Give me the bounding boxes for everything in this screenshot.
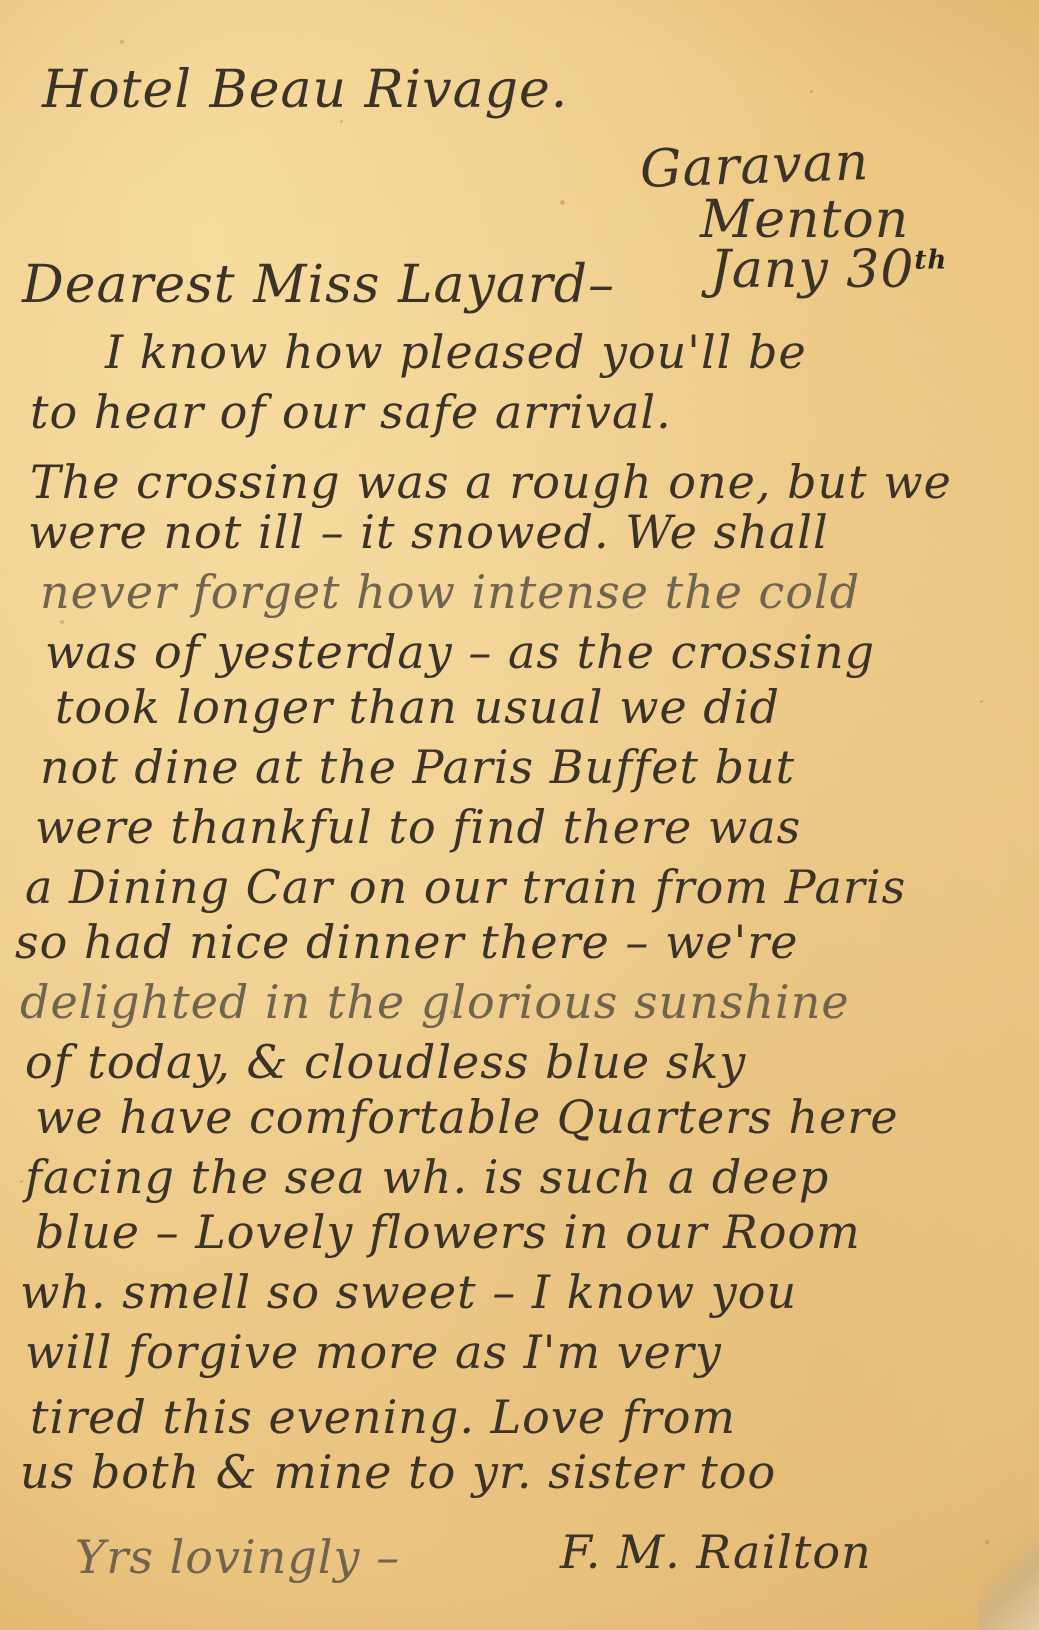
body-line: tired this evening. Love from bbox=[30, 1390, 736, 1444]
paper-speck bbox=[120, 40, 124, 44]
corner-crease bbox=[979, 1510, 1039, 1630]
salutation: Dearest Miss Layard– bbox=[22, 255, 615, 315]
hotel-name: Hotel Beau Rivage. bbox=[42, 60, 568, 120]
body-line: not dine at the Paris Buffet but bbox=[40, 740, 795, 794]
postcard: Hotel Beau Rivage. Garavan Menton Deares… bbox=[0, 0, 1039, 1630]
paper-speck bbox=[980, 700, 983, 703]
body-line: us both & mine to yr. sister too bbox=[20, 1445, 776, 1499]
body-line: were thankful to find there was bbox=[35, 800, 801, 854]
letter-date: Jany 30th bbox=[710, 240, 947, 300]
body-line: The crossing was a rough one, but we bbox=[30, 455, 952, 509]
body-line: never forget how intense the cold bbox=[40, 565, 860, 619]
paper-speck bbox=[60, 620, 64, 624]
body-line: will forgive more as I'm very bbox=[25, 1325, 722, 1379]
paper-speck bbox=[340, 120, 343, 123]
date-suffix: th bbox=[914, 246, 947, 276]
body-line: I know how pleased you'll be bbox=[105, 325, 807, 379]
body-line: wh. smell so sweet – I know you bbox=[20, 1265, 797, 1319]
body-line: were not ill – it snowed. We shall bbox=[28, 505, 829, 559]
body-line: facing the sea wh. is such a deep bbox=[25, 1150, 829, 1204]
closing: Yrs lovingly – bbox=[75, 1530, 400, 1584]
paper-speck bbox=[560, 200, 565, 205]
body-line: was of yesterday – as the crossing bbox=[45, 625, 875, 679]
body-line: delighted in the glorious sunshine bbox=[20, 975, 850, 1029]
paper-speck bbox=[810, 90, 813, 93]
date-text: Jany 30 bbox=[710, 240, 914, 300]
paper-speck bbox=[20, 1180, 23, 1183]
body-line: we have comfortable Quarters here bbox=[35, 1090, 899, 1144]
body-line: took longer than usual we did bbox=[55, 680, 780, 734]
body-line: so had nice dinner there – we're bbox=[15, 915, 798, 969]
body-line: of today, & cloudless blue sky bbox=[25, 1035, 746, 1089]
signature: F. M. Railton bbox=[560, 1525, 872, 1579]
body-line: a Dining Car on our train from Paris bbox=[25, 860, 906, 914]
body-line: blue – Lovely flowers in our Room bbox=[35, 1205, 861, 1259]
body-line: to hear of our safe arrival. bbox=[30, 385, 672, 439]
